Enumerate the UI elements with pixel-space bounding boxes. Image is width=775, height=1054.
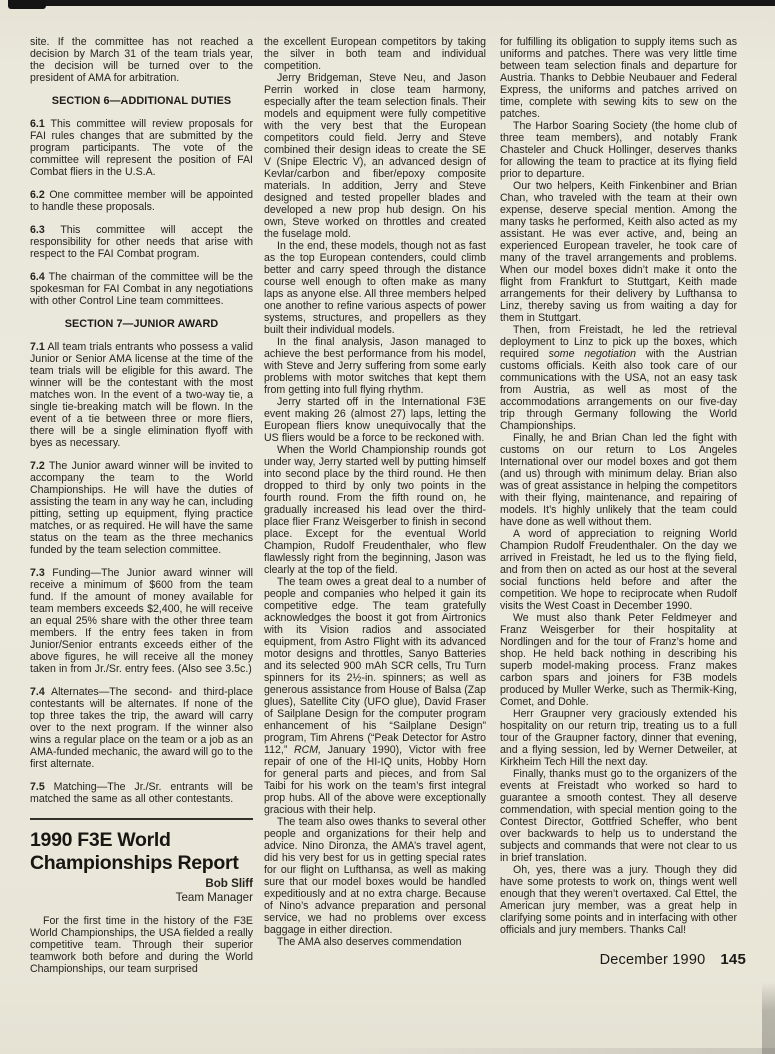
- magazine-page: site. If the committee has not reached a…: [0, 0, 775, 1054]
- numbered-rule-item: 6.2 One committee member will be appoint…: [30, 189, 253, 213]
- section-7-heading: SECTION 7—JUNIOR AWARD: [30, 318, 253, 330]
- article-divider-rule: [30, 818, 253, 820]
- right-column-paragraphs: for fulfilling its obligation to supply …: [500, 36, 737, 936]
- article-paragraph: Oh, yes, there was a jury. Though they d…: [500, 864, 737, 936]
- article-paragraph: Finally, thanks must go to the organizer…: [500, 768, 737, 864]
- article-paragraph: The team also owes thanks to several oth…: [264, 816, 486, 936]
- article-paragraph: We must also thank Peter Feldmeyer and F…: [500, 612, 737, 708]
- page-footer: December 1990145: [500, 951, 746, 968]
- rule-number: 7.1: [30, 341, 45, 353]
- article-paragraph: Herr Graupner very graciously extended h…: [500, 708, 737, 768]
- scan-edge-artifact-right: [762, 982, 775, 1054]
- rule-number: 7.5: [30, 781, 45, 793]
- byline-author: Bob Sliff: [30, 877, 253, 891]
- article-paragraph: Our two helpers, Keith Finkenbiner and B…: [500, 180, 737, 324]
- scan-edge-artifact-top: [8, 0, 775, 6]
- article-paragraph: Finally, he and Brian Chan led the fight…: [500, 432, 737, 528]
- scan-edge-artifact-bottom: [349, 1048, 775, 1054]
- byline-role: Team Manager: [30, 891, 253, 905]
- article-paragraph: for fulfilling its obligation to supply …: [500, 36, 737, 120]
- article-paragraph: In the end, these models, though not as …: [264, 240, 486, 336]
- article-paragraph: Jerry started off in the International F…: [264, 396, 486, 444]
- rules-continuation-paragraph: site. If the committee has not reached a…: [30, 36, 253, 84]
- byline: Bob Sliff Team Manager: [30, 877, 253, 904]
- numbered-rule-item: 6.4 The chairman of the committee will b…: [30, 271, 253, 307]
- article-paragraph: The Harbor Soaring Society (the home clu…: [500, 120, 737, 180]
- article-paragraph: Then, from Freistadt, he led the retriev…: [500, 324, 737, 432]
- scan-edge-artifact-blob: [8, 0, 46, 9]
- rule-number: 6.1: [30, 118, 45, 130]
- article-paragraph: When the World Championship rounds got u…: [264, 444, 486, 576]
- numbered-rule-item: 7.3 Funding—The Junior award winner will…: [30, 567, 253, 675]
- section-6-heading: SECTION 6—ADDITIONAL DUTIES: [30, 95, 253, 107]
- numbered-rule-item: 7.1 All team trials entrants who possess…: [30, 341, 253, 449]
- rule-number: 6.2: [30, 189, 45, 201]
- issue-date: December 1990: [600, 952, 706, 968]
- article-title: 1990 F3E World Championships Report: [30, 829, 253, 874]
- page-number: 145: [720, 951, 746, 968]
- article-paragraph: Jerry Bridgeman, Steve Neu, and Jason Pe…: [264, 72, 486, 240]
- article-paragraph: The team owes a great deal to a number o…: [264, 576, 486, 816]
- rule-number: 6.4: [30, 271, 45, 283]
- right-column: for fulfilling its obligation to supply …: [500, 36, 737, 968]
- rule-number: 6.3: [30, 224, 45, 236]
- rule-number: 7.4: [30, 686, 45, 698]
- numbered-rule-item: 7.4 Alternates—The second- and third-pla…: [30, 686, 253, 770]
- article-paragraph: the excellent European competitors by ta…: [264, 36, 486, 72]
- middle-column: the excellent European competitors by ta…: [264, 36, 486, 948]
- rule-number: 7.2: [30, 460, 45, 472]
- article-paragraph: In the final analysis, Jason managed to …: [264, 336, 486, 396]
- article-paragraph: The AMA also deserves commendation: [264, 936, 486, 948]
- article-opening-paragraph: For the first time in the history of the…: [30, 915, 253, 975]
- numbered-rule-item: 6.1 This committee will review proposals…: [30, 118, 253, 178]
- numbered-rule-item: 7.2 The Junior award winner will be invi…: [30, 460, 253, 556]
- numbered-rule-item: 7.5 Matching—The Jr./Sr. entrants will b…: [30, 781, 253, 805]
- section-6-items: 6.1 This committee will review proposals…: [30, 118, 253, 307]
- left-column: site. If the committee has not reached a…: [30, 36, 253, 975]
- article-paragraph: A word of appreciation to reigning World…: [500, 528, 737, 612]
- section-7-items: 7.1 All team trials entrants who possess…: [30, 341, 253, 805]
- rule-number: 7.3: [30, 567, 45, 579]
- numbered-rule-item: 6.3 This committee will accept the respo…: [30, 224, 253, 260]
